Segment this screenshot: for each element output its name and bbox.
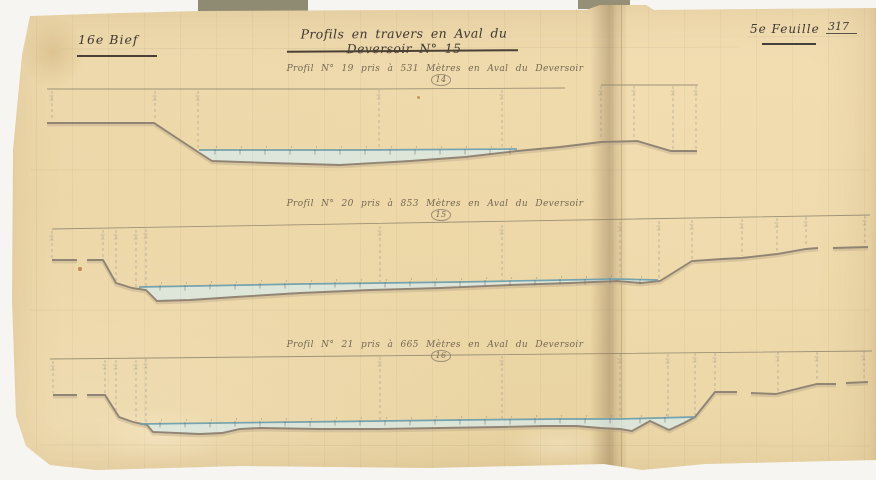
water-area: [199, 149, 517, 165]
water-area: [139, 279, 658, 301]
profile-1-caption-text: Profil N° 19 pris à 531 Mètres en Aval d…: [287, 64, 584, 74]
sounding-mark: [211, 419, 212, 420]
sounding-mark: [436, 416, 437, 417]
profile-1-ref-circle: 14: [431, 74, 452, 86]
rust-speck: [78, 267, 82, 271]
sounding-mark: [286, 280, 287, 281]
sounding-mark: [241, 146, 242, 147]
sounding-mark: [391, 146, 392, 147]
ground-line: [87, 260, 132, 288]
drawing-title: Profils en travers en Aval du Deversoir …: [284, 25, 524, 56]
profile-3-caption: Profil N° 21 pris à 665 Mètres en Aval d…: [280, 340, 590, 362]
sounding-mark: [416, 146, 417, 147]
sounding-mark: [311, 280, 312, 281]
sounding-mark: [491, 146, 492, 147]
rust-speck: [417, 96, 420, 99]
sounding-mark: [211, 281, 212, 282]
profile-2-ref-circle: 15: [431, 209, 452, 221]
sounding-mark: [536, 277, 537, 278]
bief-label: 16e Bief: [78, 32, 138, 47]
sounding-mark: [461, 278, 462, 279]
ground-shading: [87, 397, 133, 424]
water-line: [139, 279, 658, 287]
right-sheet-tint: [626, 0, 876, 480]
profile-2-caption: Profil N° 20 pris à 853 Mètres en Aval d…: [280, 199, 590, 221]
fold-seam: [590, 0, 628, 480]
sounding-mark: [261, 418, 262, 419]
profile-2-caption-text: Profil N° 20 pris à 853 Mètres en Aval d…: [287, 199, 584, 209]
fold-seam-line: [621, 0, 622, 480]
sounding-mark: [586, 276, 587, 277]
sounding-mark: [366, 146, 367, 147]
sounding-mark: [536, 415, 537, 416]
sounding-mark: [466, 146, 467, 147]
sounding-mark: [291, 146, 292, 147]
paper-stain: [85, 405, 235, 465]
profile-1-caption: Profil N° 19 pris à 531 Mètres en Aval d…: [280, 64, 590, 86]
sounding-mark: [386, 417, 387, 418]
profile-3-ref-circle: 16: [431, 350, 452, 362]
sounding-mark: [461, 416, 462, 417]
bief-underline: [77, 55, 157, 57]
sounding-mark: [266, 146, 267, 147]
sounding-mark: [361, 279, 362, 280]
sounding-mark: [286, 418, 287, 419]
sounding-mark: [336, 417, 337, 418]
sounding-mark: [411, 417, 412, 418]
sounding-mark: [411, 278, 412, 279]
sounding-mark: [236, 281, 237, 282]
ground-shading: [87, 262, 132, 290]
sounding-mark: [561, 415, 562, 416]
sounding-mark: [161, 419, 162, 420]
sheet-label: 5e Feuille: [750, 22, 820, 36]
sounding-mark: [561, 276, 562, 277]
sounding-mark: [186, 419, 187, 420]
sounding-mark: [511, 277, 512, 278]
water-line: [199, 149, 517, 150]
sounding-mark: [586, 415, 587, 416]
sounding-mark: [216, 146, 217, 147]
sounding-mark: [511, 416, 512, 417]
page-number: 317: [828, 20, 849, 33]
ground-line: [87, 395, 133, 422]
scanned-drawing-canvas: 16e Bief Profils en travers en Aval du D…: [0, 0, 876, 480]
sounding-mark: [186, 282, 187, 283]
aged-paper-sheet: 16e Bief Profils en travers en Aval du D…: [0, 0, 876, 480]
sounding-mark: [486, 277, 487, 278]
sounding-mark: [341, 146, 342, 147]
profile-3-caption-text: Profil N° 21 pris à 665 Mètres en Aval d…: [287, 340, 584, 350]
datum-line: [47, 88, 565, 89]
ground-shading: [47, 125, 198, 154]
sounding-mark: [436, 278, 437, 279]
sounding-mark: [316, 146, 317, 147]
sounding-mark: [311, 418, 312, 419]
scanner-background-strip: [198, 0, 308, 12]
sounding-mark: [511, 146, 512, 147]
sounding-mark: [236, 418, 237, 419]
sounding-mark: [336, 279, 337, 280]
paper-stain: [18, 12, 88, 92]
sounding-mark: [361, 417, 362, 418]
sounding-mark: [441, 146, 442, 147]
ground-line: [47, 123, 198, 152]
sounding-mark: [386, 279, 387, 280]
sounding-mark: [161, 282, 162, 283]
sounding-mark: [261, 280, 262, 281]
sounding-mark: [486, 416, 487, 417]
